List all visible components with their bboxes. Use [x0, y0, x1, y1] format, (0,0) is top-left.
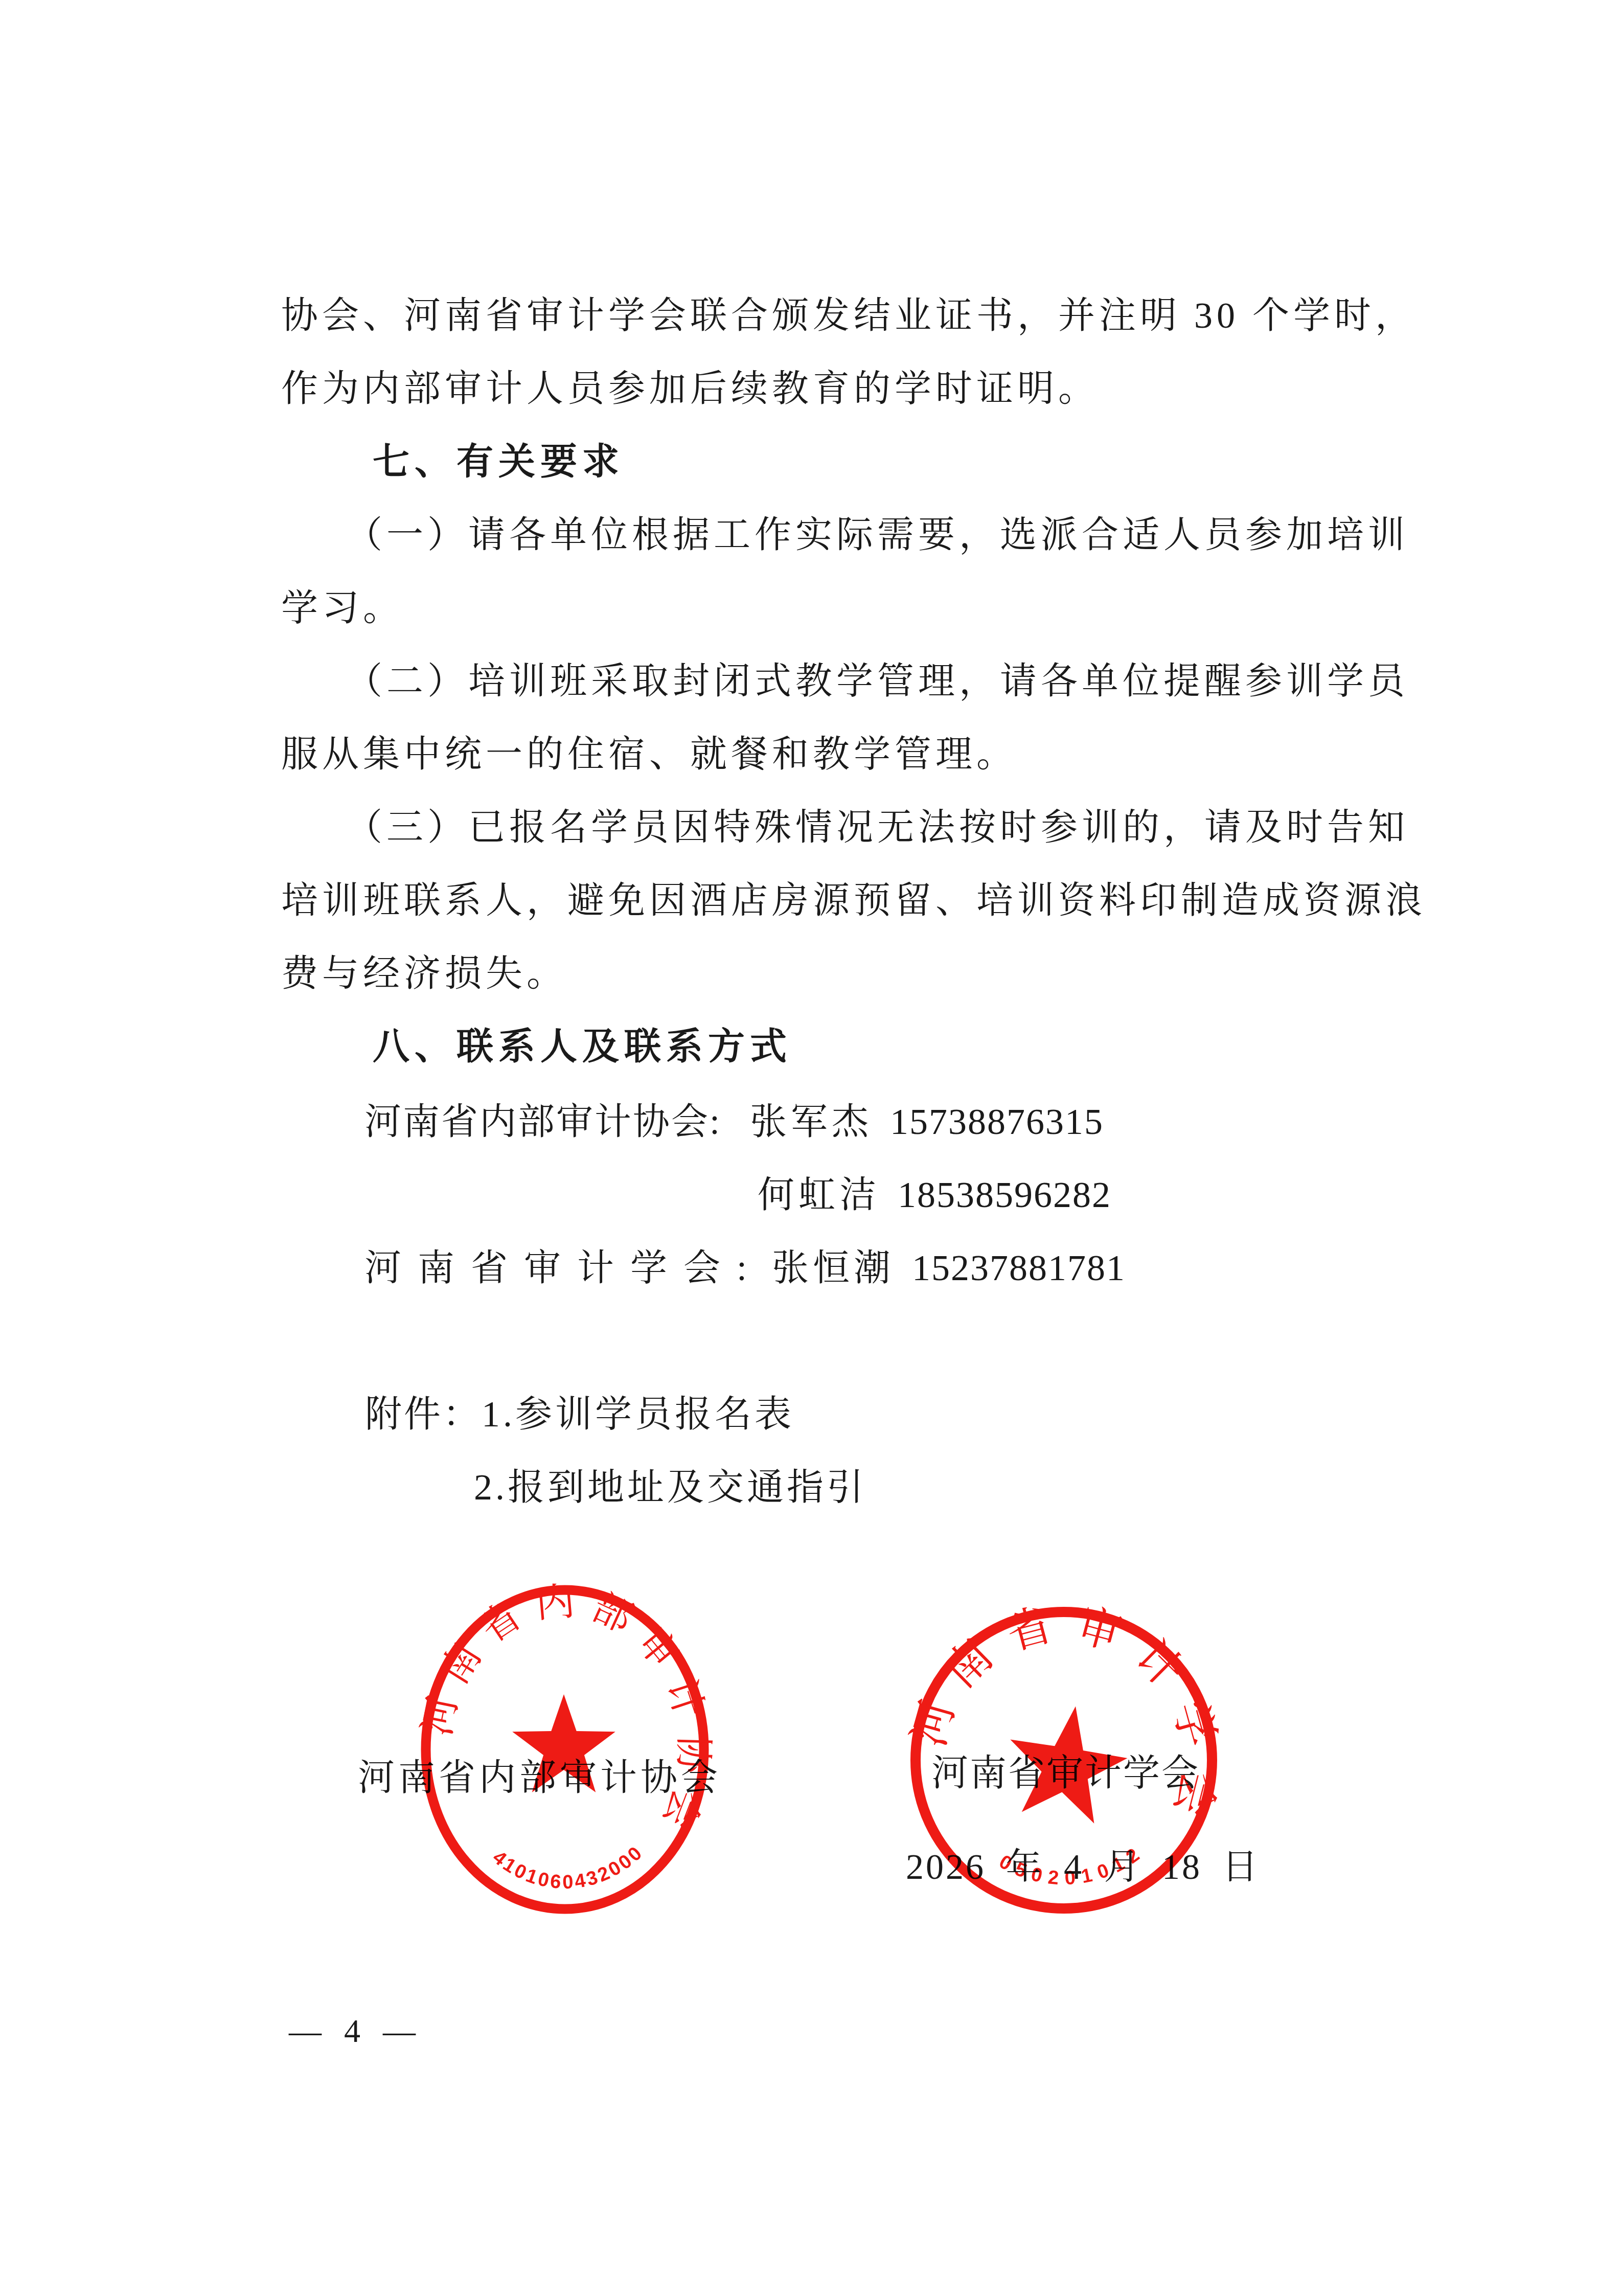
section-heading-7: 七、有关要求 — [373, 443, 624, 480]
contact-person: 何虹洁 — [758, 1174, 880, 1215]
attachment-line-1: 附件：1.参训学员报名表 — [365, 1396, 794, 1433]
contact-org2-colon: : — [737, 1247, 748, 1288]
seal-star-icon — [512, 1694, 615, 1792]
seal-star-icon — [999, 1697, 1134, 1827]
attachment-line-2: 2.报到地址及交通指引 — [474, 1469, 866, 1506]
attachment-label: 附件： — [365, 1394, 482, 1435]
page-number: — 4 — — [289, 2012, 423, 2050]
svg-text:050201012: 050201012 — [995, 1844, 1144, 1889]
contact-person: 张军杰 — [750, 1101, 873, 1142]
contact-org1-label: 河南省内部审计协会: — [364, 1101, 721, 1142]
paragraph-line: 作为内部审计人员参加后续教育的学时证明。 — [281, 370, 1099, 407]
paragraph-line: （一）请各单位根据工作实际需要，选派合适人员参加培训 — [346, 516, 1409, 553]
paragraph-line: （二）培训班采取封闭式教学管理，请各单位提醒参训学员 — [346, 663, 1409, 699]
seal-code: 4101060432000 — [489, 1842, 647, 1893]
contact-row-3: 河南省审计学会:张恒潮15237881781 — [364, 1249, 1126, 1286]
svg-text:4101060432000: 4101060432000 — [489, 1842, 647, 1893]
official-seal-right: 河南省审计学会 050201012 — [905, 1600, 1232, 1927]
contact-phone: 18538596282 — [898, 1174, 1111, 1215]
contact-row-1: 河南省内部审计协会:张军杰15738876315 — [364, 1103, 1104, 1140]
paragraph-line: 费与经济损失。 — [281, 955, 567, 992]
seal-code: 050201012 — [995, 1844, 1144, 1889]
paragraph-line: 协会、河南省审计学会联合颁发结业证书，并注明 30 个学时， — [281, 297, 1416, 334]
document-page: 协会、河南省审计学会联合颁发结业证书，并注明 30 个学时， 作为内部审计人员参… — [0, 0, 1622, 2296]
contact-phone: 15738876315 — [890, 1101, 1104, 1142]
paragraph-line: 学习。 — [281, 589, 404, 626]
contact-person: 张恒潮 — [772, 1247, 895, 1288]
contact-row-2: 何虹洁18538596282 — [758, 1176, 1111, 1213]
attachment-item: 1.参训学员报名表 — [482, 1394, 794, 1435]
official-seal-left: 河南省内部审计协会 4101060432000 — [404, 1564, 731, 1922]
contact-phone: 15237881781 — [912, 1247, 1126, 1288]
contact-org2-label: 河南省审计学会 — [364, 1247, 737, 1288]
paragraph-line: 服从集中统一的住宿、就餐和教学管理。 — [281, 736, 1017, 772]
paragraph-line: 培训班联系人，避免因酒店房源预留、培训资料印制造成资源浪 — [281, 882, 1426, 919]
section-heading-8: 八、联系人及联系方式 — [373, 1028, 792, 1065]
paragraph-line: （三）已报名学员因特殊情况无法按时参训的，请及时告知 — [346, 809, 1409, 846]
